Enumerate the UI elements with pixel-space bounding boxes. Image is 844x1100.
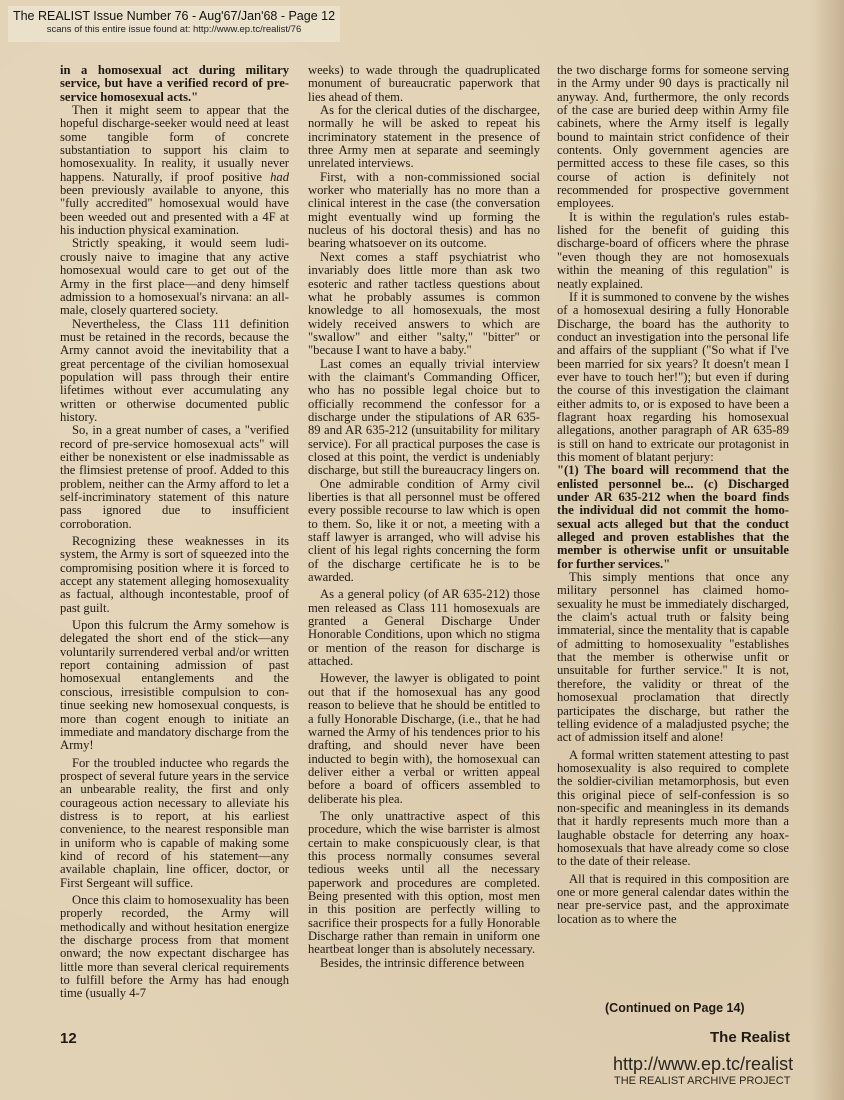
paragraph: It is within the regulation's rules esta… (557, 211, 789, 291)
block-quote: "(1) The board will recommend that the e… (557, 464, 789, 571)
archive-url[interactable]: http://www.ep.tc/realist (613, 1054, 793, 1075)
paragraph: However, the lawyer is obligated to poin… (308, 672, 540, 805)
paragraph: Nevertheless, the Class 111 definition m… (60, 318, 289, 425)
paragraph: Last comes an equally trivial interview … (308, 358, 540, 478)
article-column-2: weeks) to wade through the quadrupli­cat… (308, 64, 540, 970)
continued-note: (Continued on Page 14) (605, 1001, 745, 1015)
paragraph: Once this claim to homosexuality has bee… (60, 894, 289, 1001)
paragraph: So, in a great number of cases, a "verif… (60, 424, 289, 531)
paragraph: This simply mentions that once any milit… (557, 571, 789, 744)
paragraph: First, with a non-commissioned social wo… (308, 171, 540, 251)
paragraph: Recognizing these weaknesses in its syst… (60, 535, 289, 615)
paragraph: One admirable condition of Army civil li… (308, 478, 540, 585)
paragraph: If it is summoned to convene by the wish… (557, 291, 789, 464)
paragraph: Besides, the intrinsic difference betwee… (308, 957, 540, 970)
paragraph: the two discharge forms for someone serv… (557, 64, 789, 211)
scan-source-note: scans of this entire issue found at: htt… (8, 24, 340, 35)
paragraph: As a general policy (of AR 635-212) thos… (308, 588, 540, 668)
article-column-3: the two discharge forms for someone serv… (557, 64, 789, 926)
paragraph: A formal written statement attesting to … (557, 749, 789, 869)
paragraph: Then it might seem to appear that the ho… (60, 104, 289, 237)
paragraph: Strictly speaking, it would seem ludi­cr… (60, 237, 289, 317)
block-quote: in a homosexual act during mili­tary ser… (60, 64, 289, 104)
paragraph: All that is required in this composition… (557, 873, 789, 926)
issue-title: The REALIST Issue Number 76 - Aug'67/Jan… (8, 9, 340, 23)
paragraph: As for the clerical duties of the dis­ch… (308, 104, 540, 171)
paragraph: weeks) to wade through the quadrupli­cat… (308, 64, 540, 104)
scan-header: The REALIST Issue Number 76 - Aug'67/Jan… (8, 6, 340, 42)
paragraph: For the troubled inductee who regards th… (60, 757, 289, 890)
paragraph: The only unattractive aspect of this pro… (308, 810, 540, 957)
magazine-name: The Realist (710, 1029, 790, 1046)
archive-project-label: THE REALIST ARCHIVE PROJECT (614, 1075, 790, 1087)
page-number: 12 (60, 1030, 77, 1047)
article-column-1: in a homosexual act during mili­tary ser… (60, 64, 289, 1001)
paragraph: Next comes a staff psychiatrist who inva… (308, 251, 540, 358)
paragraph: Upon this fulcrum the Army somehow is de… (60, 619, 289, 752)
